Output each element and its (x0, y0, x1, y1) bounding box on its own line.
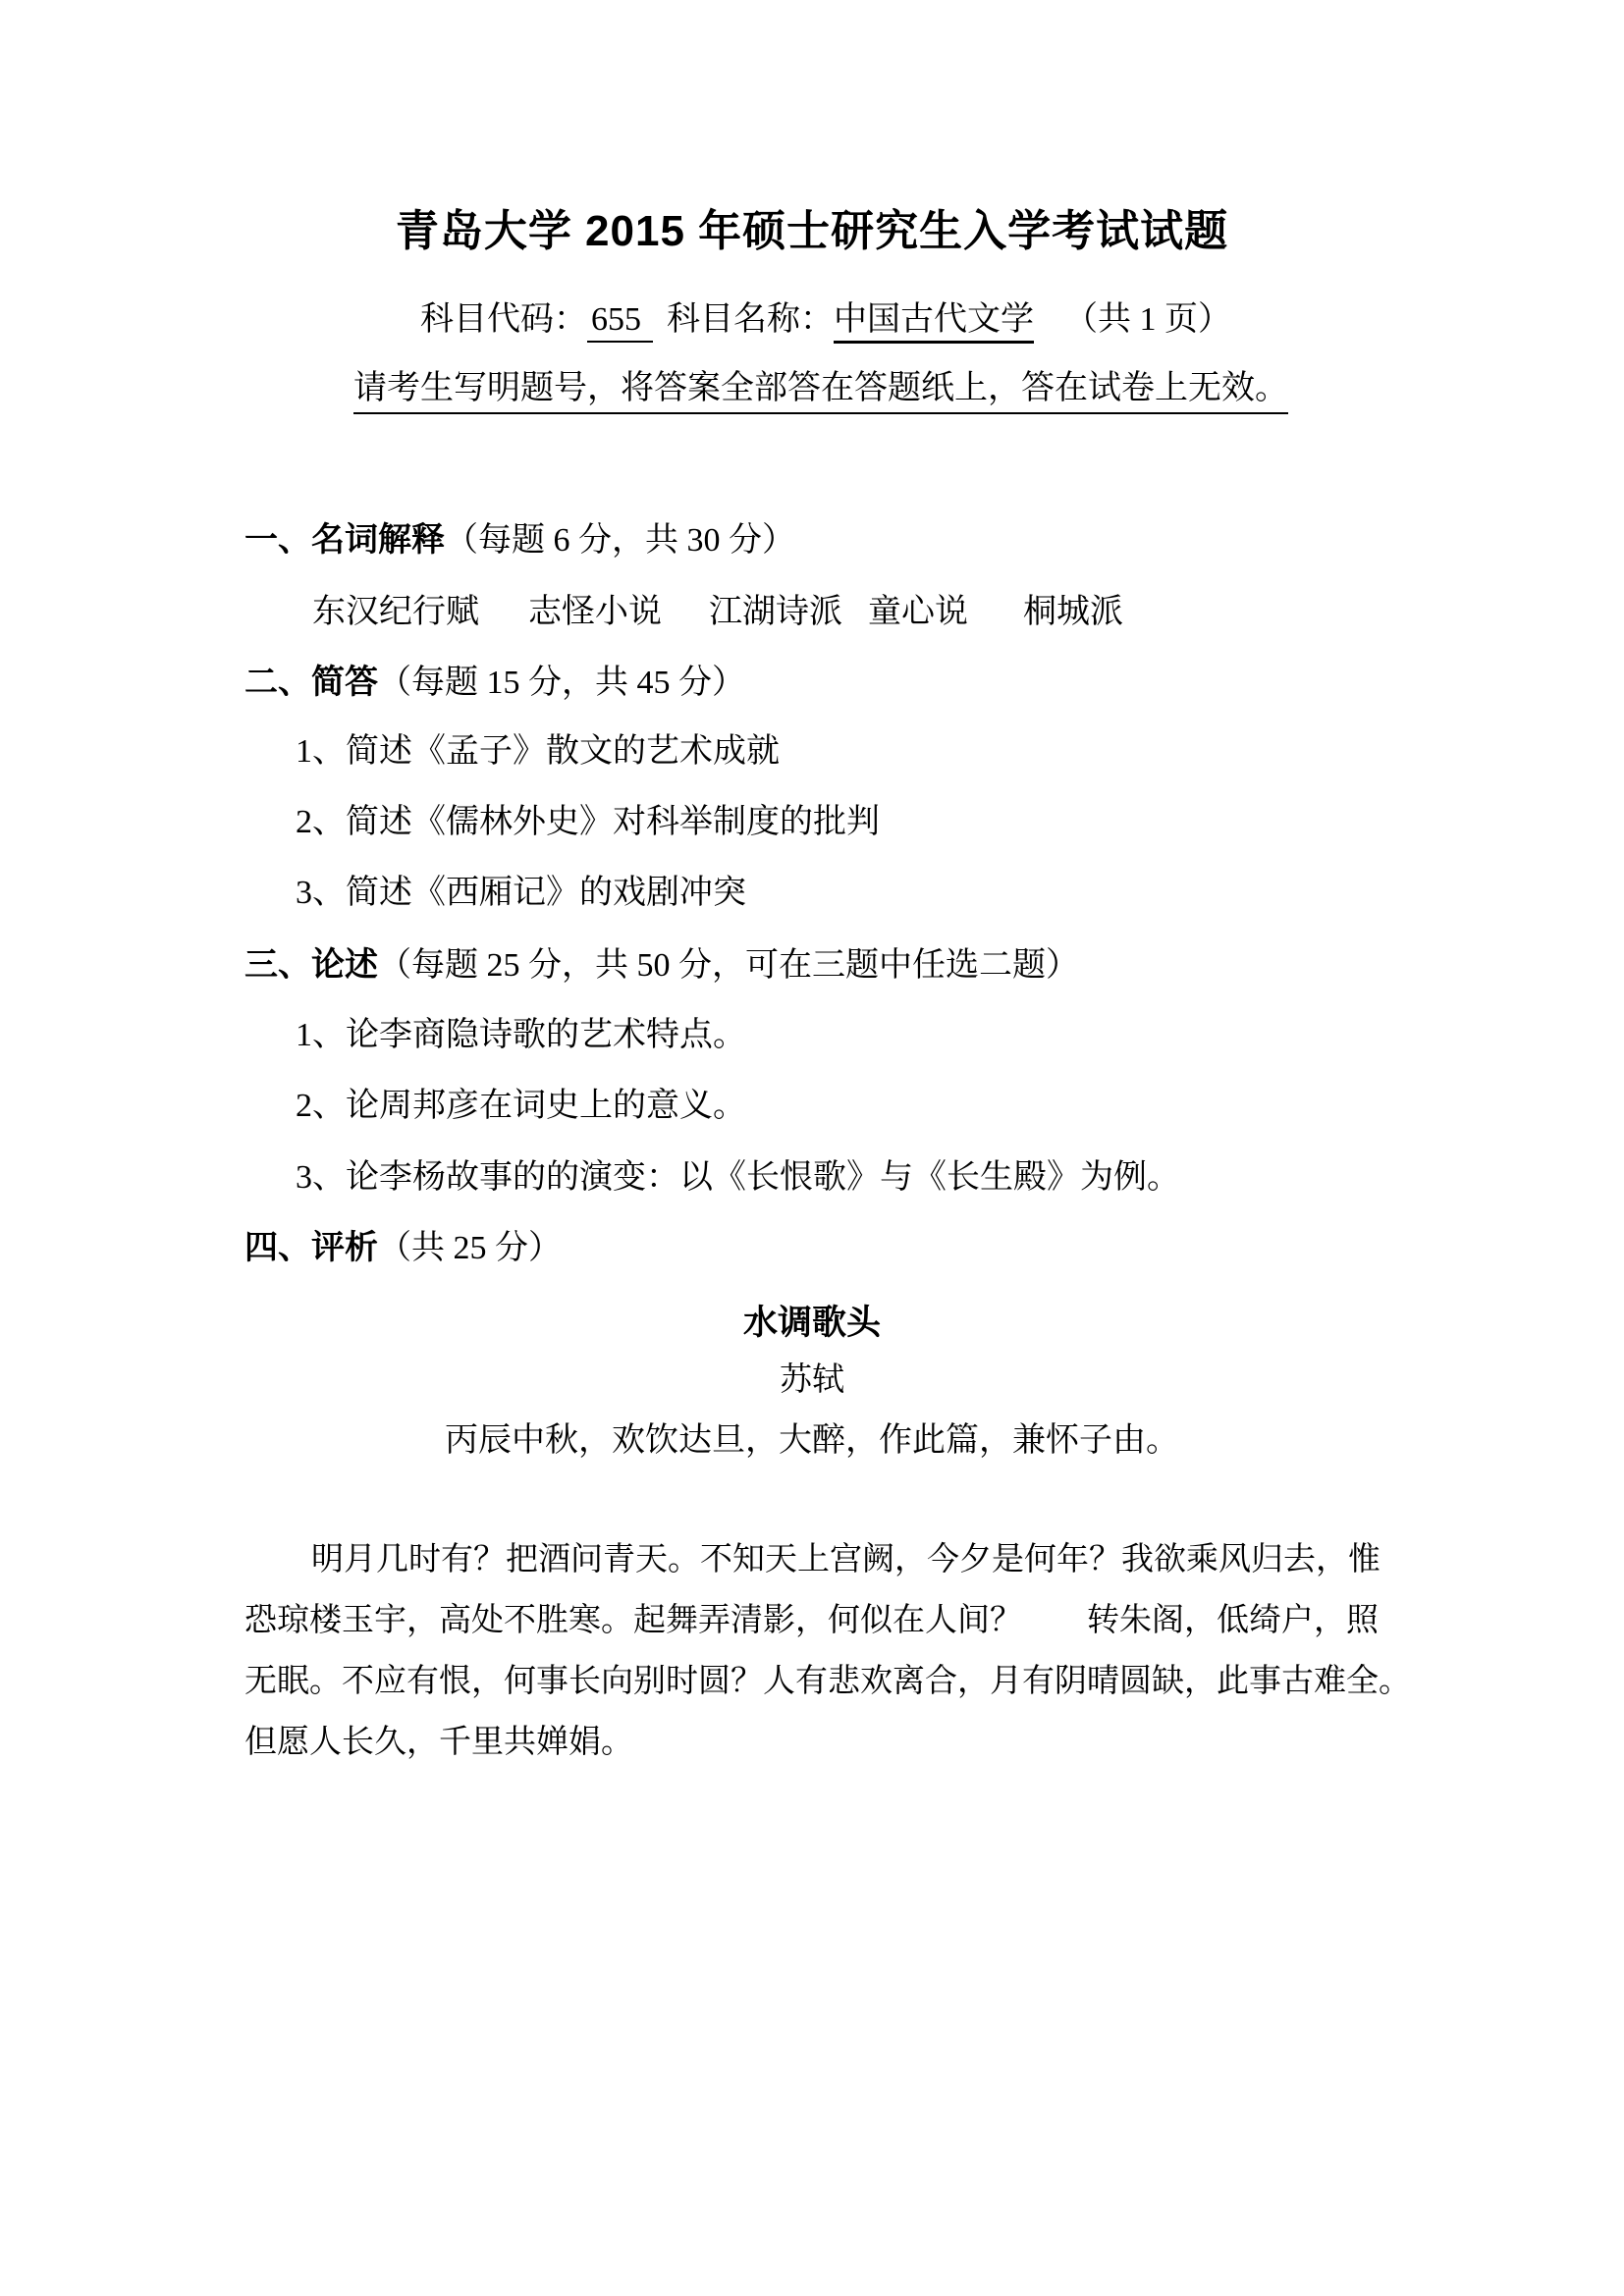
section-1-meta: （每题 6 分，共 30 分） (445, 522, 795, 559)
section-heading-1: 一、名词解释（每题 6 分，共 30 分） (244, 522, 795, 560)
subject-line: 科目代码：655科目名称：中国古代文学（共 1 页） (420, 302, 1231, 339)
poem-line: 明月几时有？把酒问青天。不知天上宫阙，今夕是何年？我欲乘风归去，惟 (244, 1543, 1380, 1578)
section-heading-3: 三、论述（每题 25 分，共 50 分，可在三题中任选二题） (244, 947, 1079, 985)
question-item: 3、简述《西厢记》的戏剧冲突 (296, 876, 746, 912)
document-page: { "page": { "title": "青岛大学 2015 年硕士研究生入学… (0, 0, 1624, 2296)
exam-notice: 请考生写明题号，将答案全部答在答题纸上，答在试卷上无效。 (353, 371, 1288, 414)
section-4-label: 四、评析 (244, 1229, 378, 1266)
poem-line: 恐琼楼玉宇，高处不胜寒。起舞弄清影，何似在人间？ 转朱阁，低绮户，照 (244, 1604, 1379, 1639)
section-3-label: 三、论述 (244, 946, 378, 984)
question-item: 3、论李杨故事的的演变：以《长恨歌》与《长生殿》为例。 (296, 1160, 1180, 1197)
exam-notice-text: 请考生写明题号，将答案全部答在答题纸上，答在试卷上无效。 (353, 371, 1288, 414)
question-item: 1、简述《孟子》散文的艺术成就 (296, 734, 780, 771)
term: 东汉纪行赋 (312, 594, 479, 630)
subject-code-label: 科目代码： (420, 301, 587, 338)
section-4-meta: （共 25 分） (378, 1230, 562, 1266)
exam-title: 青岛大学 2015 年硕士研究生入学考试试题 (0, 208, 1624, 255)
poem-preface: 丙辰中秋，欢饮达旦，大醉，作此篇，兼怀子由。 (0, 1423, 1624, 1460)
poem-line: 但愿人长久，千里共婵娟。 (244, 1726, 633, 1761)
term: 童心说 (868, 594, 968, 630)
subject-name-label: 科目名称： (667, 301, 834, 338)
term: 江湖诗派 (709, 594, 842, 630)
poem-author: 苏轼 (0, 1363, 1624, 1399)
question-item: 2、论周邦彦在词史上的意义。 (296, 1089, 746, 1125)
term-list: 东汉纪行赋志怪小说江湖诗派童心说桐城派 (312, 595, 1123, 631)
poem-title: 水调歌头 (0, 1305, 1624, 1342)
section-3-meta: （每题 25 分，共 50 分，可在三题中任选二题） (378, 947, 1079, 984)
section-heading-2: 二、简答（每题 15 分，共 45 分） (244, 665, 745, 702)
question-item: 1、论李商隐诗歌的艺术特点。 (296, 1018, 746, 1054)
term: 桐城派 (1023, 594, 1123, 630)
section-heading-4: 四、评析（共 25 分） (244, 1230, 562, 1267)
section-2-label: 二、简答 (244, 664, 378, 701)
subject-code-value: 655 (587, 301, 653, 343)
question-item: 2、简述《儒林外史》对科举制度的批判 (296, 805, 880, 841)
subject-name-value: 中国古代文学 (834, 301, 1034, 344)
section-2-meta: （每题 15 分，共 45 分） (378, 665, 745, 701)
term: 志怪小说 (528, 594, 662, 630)
poem-line: 无眠。不应有恨，何事长向别时圆？人有悲欢离合，月有阴晴圆缺，此事古难全。 (244, 1665, 1411, 1700)
section-1-label: 一、名词解释 (244, 521, 445, 559)
page-count-note: （共 1 页） (1064, 301, 1231, 338)
